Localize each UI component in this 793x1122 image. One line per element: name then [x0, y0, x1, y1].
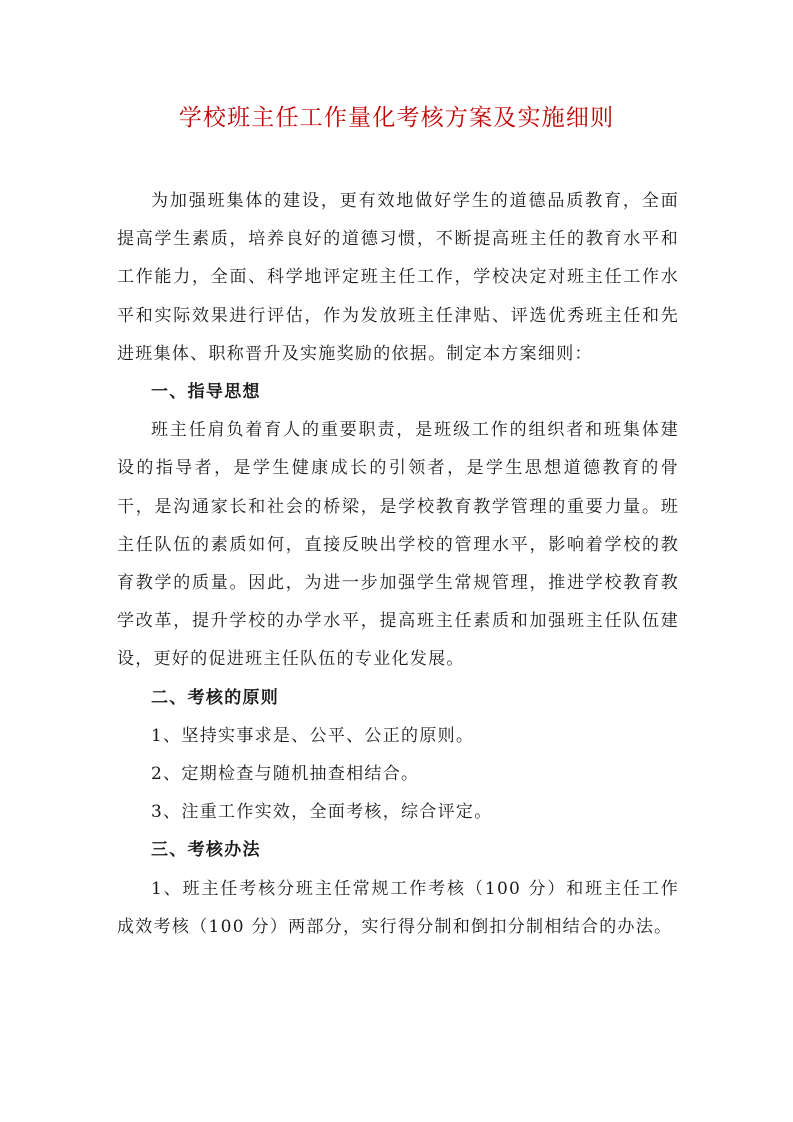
principle-item: 1、坚持实事求是、公平、公正的原则。 — [117, 717, 679, 755]
principle-item: 3、注重工作实效，全面考核，综合评定。 — [117, 793, 679, 831]
document-page: 学校班主任工作量化考核方案及实施细则 为加强班集体的建设，更有效地做好学生的道德… — [0, 0, 793, 1122]
intro-paragraph: 为加强班集体的建设，更有效地做好学生的道德品质教育，全面提高学生素质，培养良好的… — [117, 182, 679, 373]
guiding-ideology-paragraph: 班主任肩负着育人的重要职责，是班级工作的组织者和班集体建设的指导者，是学生健康成… — [117, 411, 679, 678]
document-title: 学校班主任工作量化考核方案及实施细则 — [0, 101, 793, 135]
section-heading-principles: 二、考核的原则 — [117, 679, 679, 717]
methods-paragraph: 1、班主任考核分班主任常规工作考核（100 分）和班主任工作成效考核（100 分… — [117, 870, 679, 946]
section-heading-methods: 三、考核办法 — [117, 831, 679, 869]
principle-item: 2、定期检查与随机抽查相结合。 — [117, 755, 679, 793]
section-heading-guiding-ideology: 一、指导思想 — [117, 373, 679, 411]
document-body: 为加强班集体的建设，更有效地做好学生的道德品质教育，全面提高学生素质，培养良好的… — [117, 182, 679, 946]
